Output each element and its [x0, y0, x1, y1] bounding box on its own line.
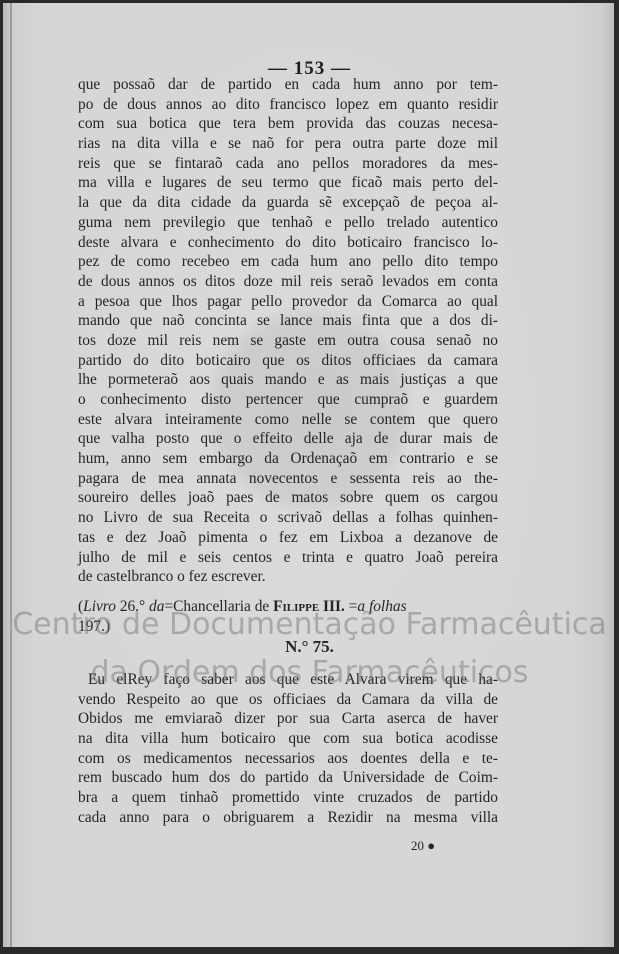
text-line: julho de mil e seis centos e trinta e qu… — [78, 548, 498, 568]
text-line: rem buscado hum dos do partido da Univer… — [78, 768, 498, 788]
text-line: este alvara inteiramente como nelle se c… — [78, 410, 498, 430]
text-line: que possaõ dar de partido en cada hum an… — [78, 75, 498, 95]
citation-livro: Livro — [83, 598, 116, 615]
document-75-body: Eu elRey faço saber aos que este Alvara … — [78, 670, 498, 828]
text-line: vendo Respeito ao que os officiaes da Ca… — [78, 690, 498, 710]
document-75-heading: N.° 75. — [0, 637, 619, 657]
text-line: lhe pormeteraõ aos quais mando e as mais… — [78, 370, 498, 390]
text-line: no Livro de sua Receita o scrivaõ dellas… — [78, 508, 498, 528]
text-line: rias na dita villa e se naõ for pera out… — [78, 134, 498, 154]
text-line: la que da dita cidade da guarda sẽ excep… — [78, 193, 498, 213]
text-line: de castelbranco o fez escrever. — [78, 567, 498, 587]
citation-da: da — [149, 598, 164, 615]
text-line: pagara de mea annata novecentos e sessen… — [78, 469, 498, 489]
citation-livro-number: 26.° — [120, 598, 145, 615]
text-line: hum, anno sem embargo da Ordenaçaõ em co… — [78, 449, 498, 469]
citation-king: Filippe III. — [273, 598, 345, 615]
text-line: a pesoa que lhos pagar pello provedor da… — [78, 292, 498, 312]
text-line: o conhecimento disto pertencer que cumpr… — [78, 390, 498, 410]
citation-chancellaria: Chancellaria de — [173, 598, 269, 615]
text-line: com os medicamentos necessarios aos doen… — [78, 749, 498, 769]
citation-folhas-number: 197.) — [78, 618, 110, 635]
text-line: pez de como recebeo em cada hum ano pell… — [78, 252, 498, 272]
text-line: de dous annos os ditos doze mil reis ser… — [78, 272, 498, 292]
text-line: deste alvara e conhecimento do dito boti… — [78, 233, 498, 253]
text-line: Eu elRey faço saber aos que este Alvara … — [78, 670, 498, 690]
printer-signature-mark: 20 ● — [411, 838, 435, 854]
text-line: na dita villa hum boticairo que com sua … — [78, 729, 498, 749]
text-line: bra a quem tinhaõ promettido vinte cruza… — [78, 788, 498, 808]
text-line: soureiro delles joaõ paes de matos sobre… — [78, 488, 498, 508]
text-line: tas e dez Joaõ pimenta o fez em Lixboa a… — [78, 528, 498, 548]
text-line: partido do dito boticairo que os ditos o… — [78, 351, 498, 371]
text-line: guma nem previlegio que tenhaõ e pello t… — [78, 213, 498, 233]
text-line: que valha posto que o effeito delle aja … — [78, 429, 498, 449]
text-line: po de dous annos ao dito francisco lopez… — [78, 95, 498, 115]
text-line: cada anno para o obriguarem a Rezidir na… — [78, 808, 498, 828]
archival-citation: (Livro 26.° da=Chancellaria de Filippe I… — [78, 597, 498, 636]
text-line: com sua botica que tera bem provida das … — [78, 114, 498, 134]
text-line: reis que se fintaraõ cada ano pellos mor… — [78, 154, 498, 174]
text-line: mando que naõ concinta se lance mais fin… — [78, 311, 498, 331]
citation-folhas: a folhas — [357, 598, 406, 615]
document-74-continued-body: que possaõ dar de partido en cada hum an… — [78, 75, 498, 587]
citation-separator: = — [164, 598, 173, 615]
text-line: Obidos me emviaraõ dizer por sua Carta a… — [78, 709, 498, 729]
text-line: tos doze mil reis nem se gaste em outra … — [78, 331, 498, 351]
binding-gutter — [10, 3, 12, 947]
text-line: ma villa e lugares de seu termo que fica… — [78, 173, 498, 193]
